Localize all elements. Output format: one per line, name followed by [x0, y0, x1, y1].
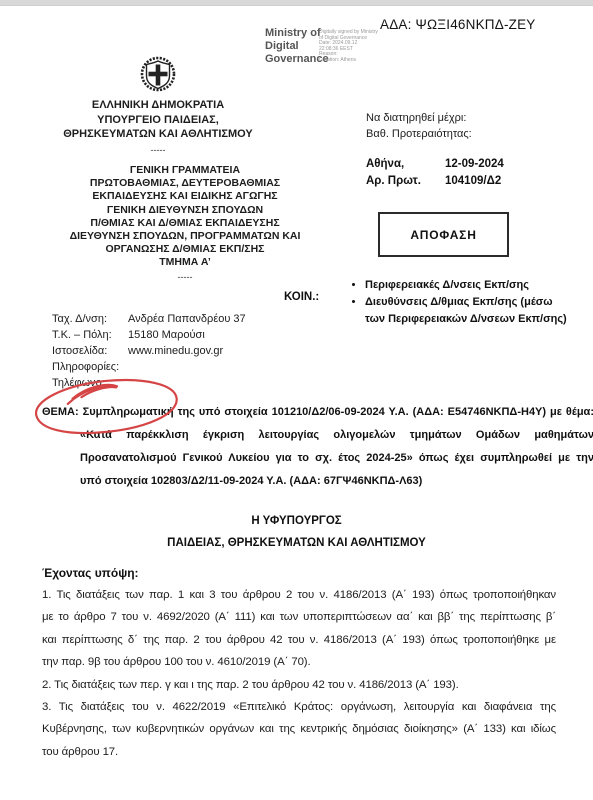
koin-recipients-list: Περιφερειακές Δ/νσεις Εκπ/σης Διευθύνσει… [345, 277, 573, 328]
contact-label: Πληροφορίες: [52, 360, 128, 376]
legal-item-line: και περίπτωσης δ΄ της παρ. 2 του άρθρου … [42, 629, 556, 651]
contact-block: Ταχ. Δ/νση: Ανδρέα Παπανδρέου 37 Τ.Κ. – … [52, 312, 246, 392]
contact-row: Ταχ. Δ/νση: Ανδρέα Παπανδρέου 37 [52, 312, 246, 328]
date-protocol-block: Αθήνα, 12-09-2024 Αρ. Πρωτ. 104109/Δ2 [366, 156, 504, 189]
state-header: ΕΛΛΗΝΙΚΗ ΔΗΜΟΚΡΑΤΙΑ ΥΠΟΥΡΓΕΙΟ ΠΑΙΔΕΙΑΣ, … [28, 98, 288, 157]
contact-row: Ιστοσελίδα: www.minedu.gov.gr [52, 344, 246, 360]
document-page: ΑΔΑ: ΨΩΞΙ46ΝΚΠΔ-ΖΕΥ Ministry ofDigitalGo… [0, 0, 593, 800]
legal-item-line: την παρ. 9β του άρθρου 100 του ν. 4610/2… [42, 651, 556, 673]
subject-line: ΘΕΜΑ: Συμπληρωματική της υπό στοιχεία 10… [42, 401, 593, 424]
contact-value: 15180 Μαρούσι [128, 328, 205, 344]
having-regard-label: Έχοντας υπόψη: [42, 566, 139, 580]
department-line: ΟΡΓΑΝΩΣΗΣ Δ/ΘΜΙΑΣ ΕΚΠ/ΣΗΣ [55, 243, 315, 256]
state-line: ΘΡΗΣΚΕΥΜΑΤΩΝ ΚΑΙ ΑΘΛΗΤΙΣΜΟΥ [28, 127, 288, 142]
koin-recipient: Διευθύνσεις Δ/θμιας Εκπ/σης (μέσω των Πε… [365, 294, 573, 327]
department-line: ΓΕΝΙΚΗ ΓΡΑΜΜΑΤΕΙΑ [55, 164, 315, 177]
contact-row: Τηλέφωνο: [52, 376, 246, 392]
subject-line: υπό στοιχεία 102803/Δ2/11-09-2024 Υ.Α. (… [80, 470, 593, 493]
divider-dashes: ----- [55, 271, 315, 284]
department-line: ΕΚΠΑΙΔΕΥΣΗΣ ΚΑΙ ΕΙΔΙΚΗΣ ΑΓΩΓΗΣ [55, 190, 315, 203]
legal-item-line: με το άρθρο 7 του ν. 4692/2020 (Α΄ 111) … [42, 606, 556, 628]
legal-item-line: 1. Τις διατάξεις των παρ. 1 και 3 του άρ… [42, 584, 556, 606]
subject-line: «Κατά παρέκκλιση έγκριση λειτουργίας ολι… [80, 424, 593, 447]
department-header: ΓΕΝΙΚΗ ΓΡΑΜΜΑΤΕΙΑ ΠΡΩΤΟΒΑΘΜΙΑΣ, ΔΕΥΤΕΡΟΒ… [55, 164, 315, 284]
protocol-label: Αρ. Πρωτ. [366, 173, 445, 190]
contact-label: Ταχ. Δ/νση: [52, 312, 128, 328]
contact-value: Ανδρέα Παπανδρέου 37 [128, 312, 246, 328]
contact-label: Ιστοσελίδα: [52, 344, 128, 360]
legal-item-line: Κυβέρνησης, των κυβερνητικών οργάνων και… [42, 718, 556, 740]
scan-edge-strip [0, 0, 593, 6]
retention-block: Να διατηρηθεί μέχρι: Βαθ. Προτεραιότητας… [366, 111, 472, 142]
subject-line: Προσανατολισμού Γενικού Λυκείου για το σ… [80, 447, 593, 470]
ada-code: ΑΔΑ: ΨΩΞΙ46ΝΚΠΔ-ΖΕΥ [380, 17, 536, 32]
contact-label: Τ.Κ. – Πόλη: [52, 328, 128, 344]
koin-recipient: Περιφερειακές Δ/νσεις Εκπ/σης [365, 277, 573, 293]
legal-item-line: 3. Τις διατάξεις του ν. 4622/2019 «Επιτε… [42, 696, 556, 718]
department-line: ΔΙΕΥΘΥΝΣΗ ΣΠΟΥΔΩΝ, ΠΡΟΓΡΑΜΜΑΤΩΝ ΚΑΙ [55, 230, 315, 243]
protocol-number: 104109/Δ2 [445, 173, 501, 190]
department-line: ΓΕΝΙΚΗ ΔΙΕΥΘΥΝΣΗ ΣΠΟΥΔΩΝ [55, 204, 315, 217]
signatory-heading: Η ΥΦΥΠΟΥΡΓΟΣ ΠΑΙΔΕΙΑΣ, ΘΡΗΣΚΕΥΜΑΤΩΝ ΚΑΙ … [0, 511, 593, 554]
state-line: ΕΛΛΗΝΙΚΗ ΔΗΜΟΚΡΑΤΙΑ [28, 98, 288, 113]
city-date-row: Αθήνα, 12-09-2024 [366, 156, 504, 173]
legal-item-line: 2. Τις διατάξεις των περ. γ και ι της πα… [42, 674, 556, 696]
protocol-row: Αρ. Πρωτ. 104109/Δ2 [366, 173, 504, 190]
state-line: ΥΠΟΥΡΓΕΙΟ ΠΑΙΔΕΙΑΣ, [28, 113, 288, 128]
contact-row: Τ.Κ. – Πόλη: 15180 Μαρούσι [52, 328, 246, 344]
contact-label: Τηλέφωνο: [52, 376, 128, 392]
koin-label: ΚΟΙΝ.: [284, 291, 319, 303]
divider-dashes: ----- [28, 143, 288, 158]
priority-label: Βαθ. Προτεραιότητας: [366, 127, 472, 143]
digital-signature-details: Digitally signed by Ministryof Digital G… [319, 30, 399, 64]
subject-paragraph: ΘΕΜΑ: Συμπληρωματική της υπό στοιχεία 10… [42, 401, 593, 493]
keep-until-label: Να διατηρηθεί μέχρι: [366, 111, 472, 127]
department-line: ΤΜΗΜΑ Α’ [55, 256, 315, 269]
department-line: ΠΡΩΤΟΒΑΘΜΙΑΣ, ΔΕΥΤΕΡΟΒΑΘΜΙΑΣ [55, 177, 315, 190]
contact-row: Πληροφορίες: [52, 360, 246, 376]
department-line: Π/ΘΜΙΑΣ ΚΑΙ Δ/ΘΜΙΑΣ ΕΚΠΑΙΔΕΥΣΗΣ [55, 217, 315, 230]
signatory-ministry: ΠΑΙΔΕΙΑΣ, ΘΡΗΣΚΕΥΜΑΤΩΝ ΚΑΙ ΑΘΛΗΤΙΣΜΟΥ [0, 533, 593, 555]
greek-national-emblem-icon [140, 55, 176, 93]
contact-value: www.minedu.gov.gr [128, 344, 223, 360]
decision-box: ΑΠΟΦΑΣΗ [378, 212, 509, 257]
document-date: 12-09-2024 [445, 156, 504, 173]
legal-considerations-list: 1. Τις διατάξεις των παρ. 1 και 3 του άρ… [42, 584, 556, 763]
city-label: Αθήνα, [366, 156, 445, 173]
legal-item-line: του άρθρου 17. [42, 741, 556, 763]
signatory-title: Η ΥΦΥΠΟΥΡΓΟΣ [0, 511, 593, 533]
